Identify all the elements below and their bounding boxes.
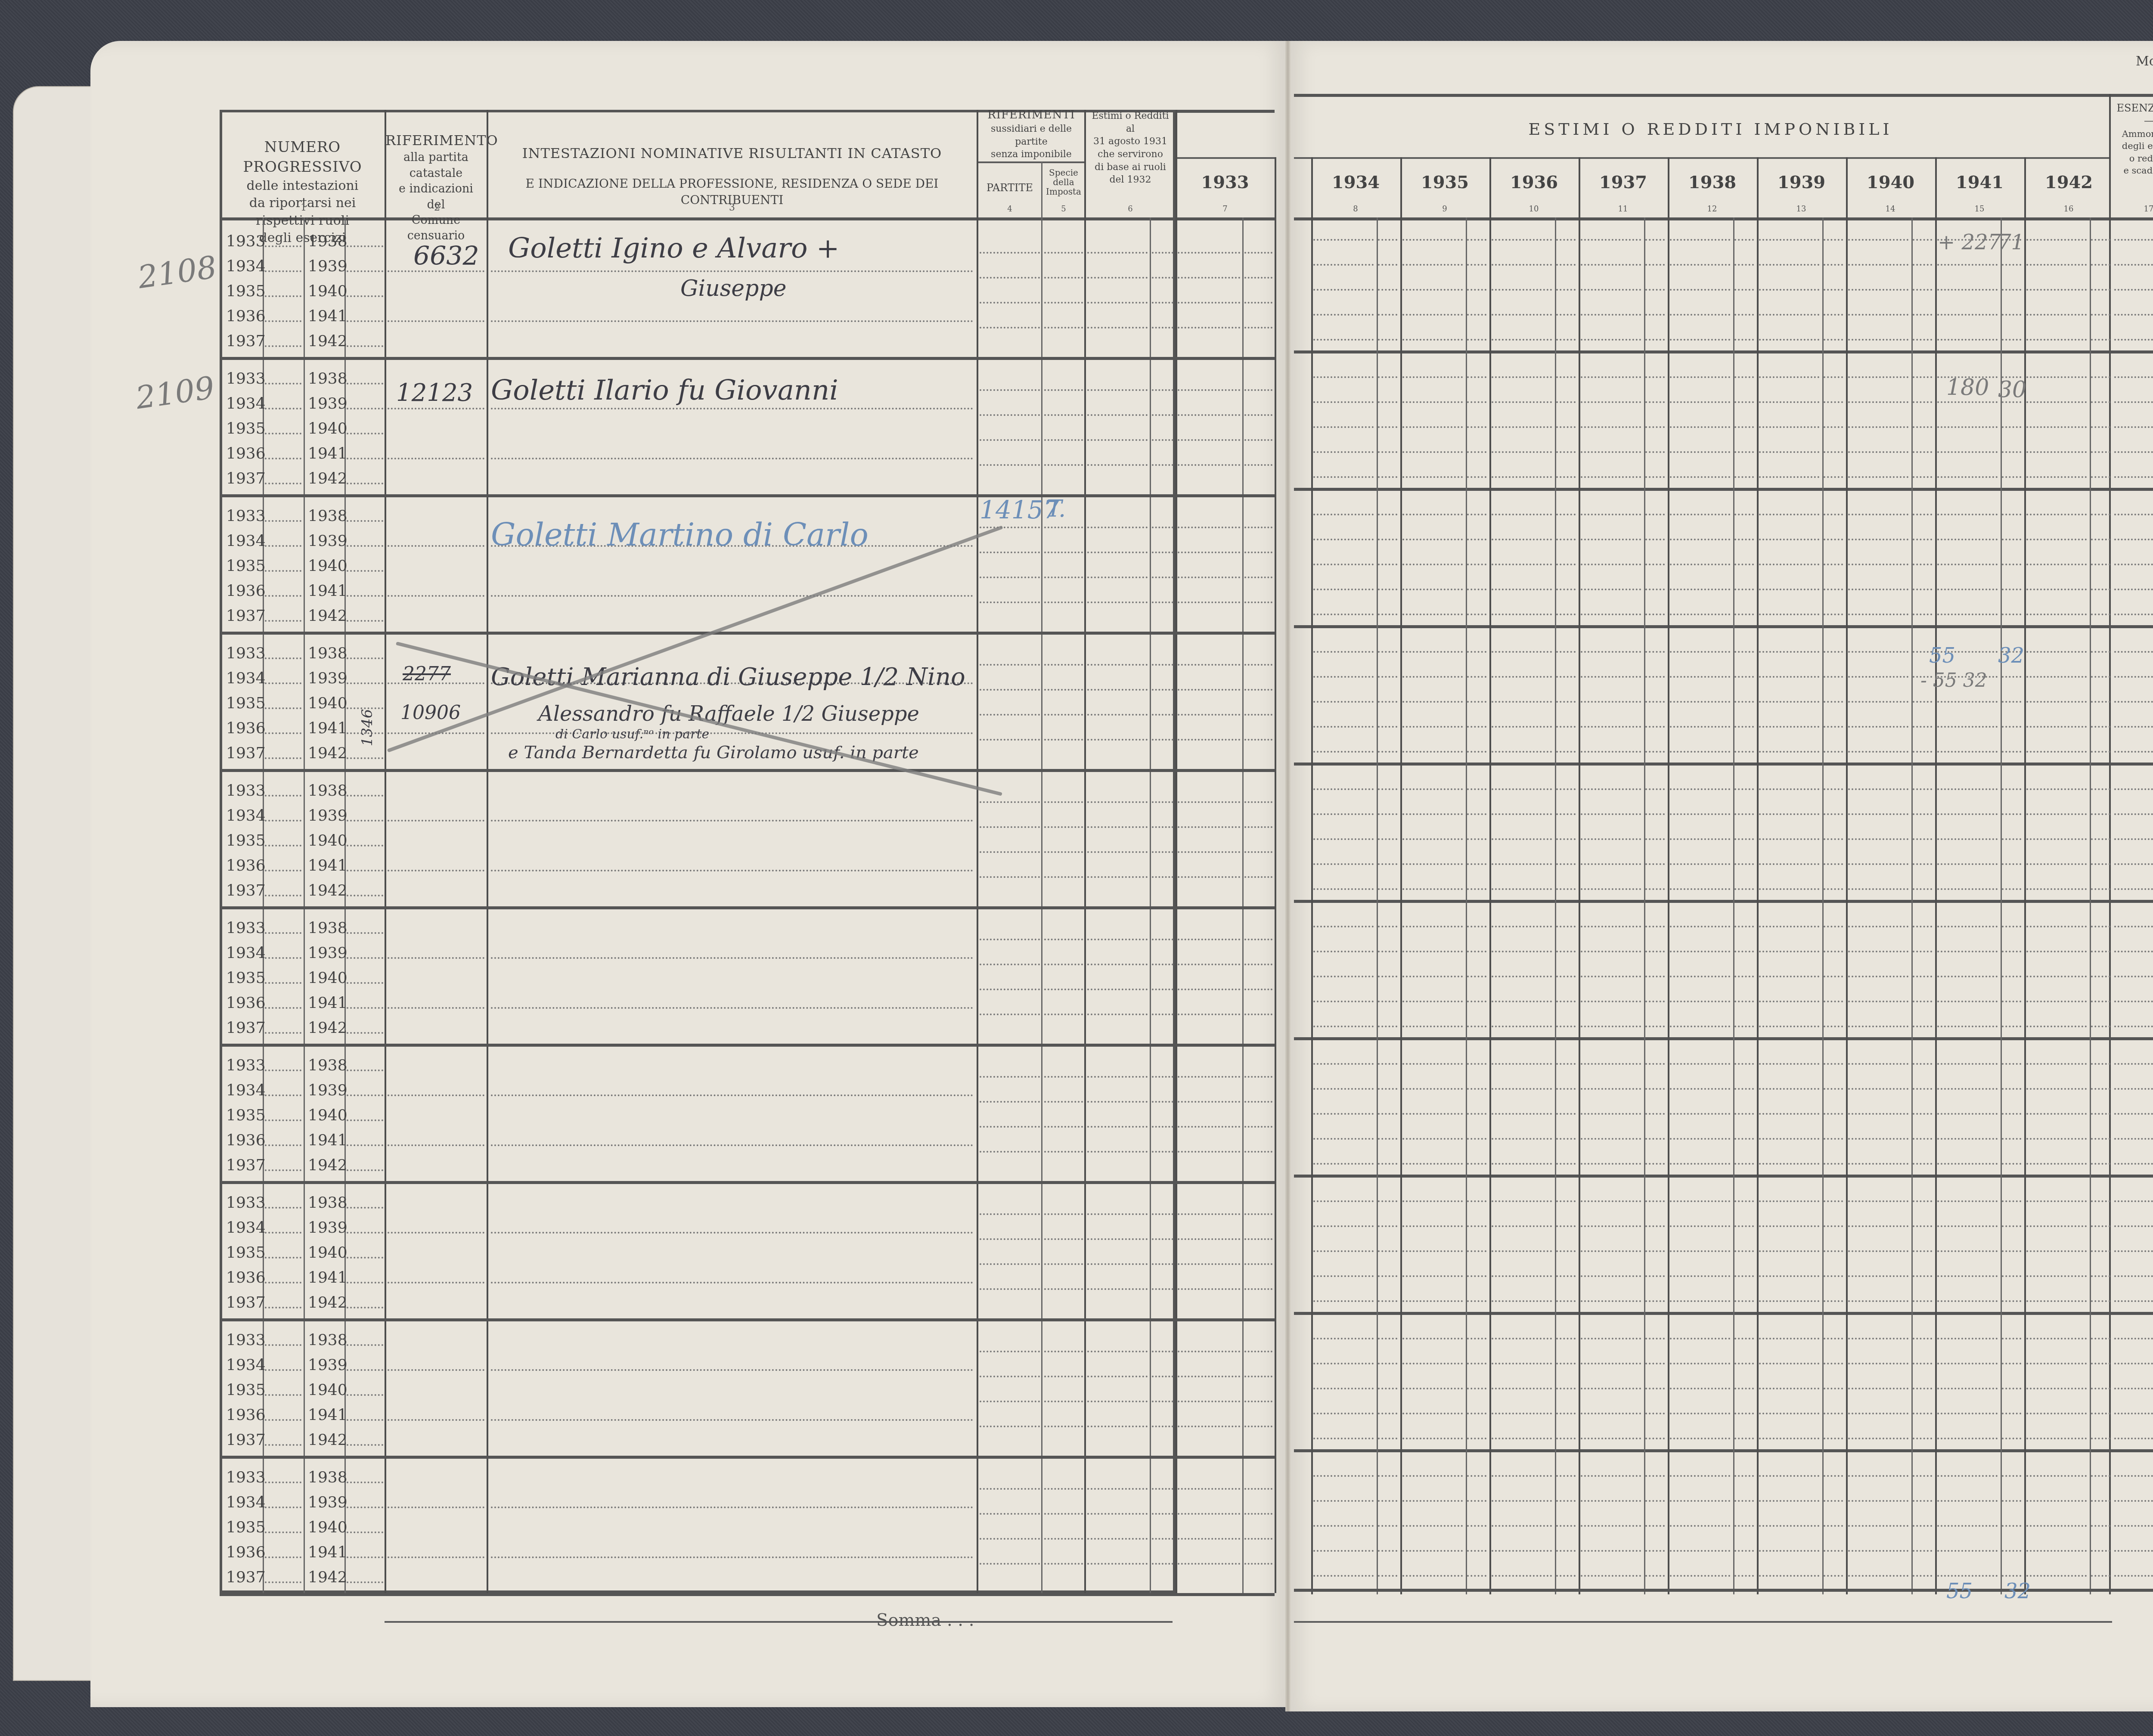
- dotted-leader: [980, 801, 1040, 803]
- partita-number: 10906: [400, 702, 461, 724]
- dotted-leader: [2114, 314, 2153, 316]
- col3-number: 3: [726, 202, 738, 213]
- year-label: 1939: [308, 1219, 347, 1237]
- col-line: [1176, 110, 1177, 1593]
- dotted-leader: [1937, 1500, 1998, 1502]
- dotted-leader: [1913, 1113, 1932, 1115]
- dotted-leader: [1467, 676, 1486, 678]
- dotted-leader: [1848, 951, 1908, 952]
- dotted-leader: [347, 1444, 383, 1446]
- dotted-leader: [1087, 1151, 1148, 1153]
- dotted-leader: [1759, 1063, 1819, 1065]
- year-label: 1936: [226, 857, 266, 874]
- dotted-leader: [980, 1426, 1040, 1427]
- year-label: 1940: [308, 1519, 347, 1536]
- dotted-leader: [388, 1144, 484, 1146]
- dotted-leader: [1556, 339, 1576, 341]
- dotted-leader: [1313, 1475, 1374, 1477]
- dotted-leader: [1313, 951, 1374, 952]
- dotted-leader: [265, 433, 301, 434]
- dotted-leader: [265, 1119, 301, 1121]
- dotted-leader: [1087, 277, 1148, 279]
- dotted-leader: [1824, 1250, 1843, 1252]
- dotted-leader: [2002, 514, 2021, 515]
- dotted-leader: [1467, 951, 1486, 952]
- dotted-leader: [1492, 1113, 1552, 1115]
- year-label: 1935: [226, 1381, 266, 1399]
- dotted-leader: [2114, 514, 2153, 515]
- year-label: 1938: [308, 645, 347, 662]
- dotted-leader: [1734, 1475, 1754, 1477]
- dotted-leader: [1645, 376, 1665, 378]
- dotted-leader: [1244, 1076, 1272, 1078]
- dotted-leader: [1670, 1088, 1730, 1090]
- dotted-leader: [2091, 1088, 2110, 1090]
- dotted-leader: [2091, 476, 2110, 478]
- dotted-leader: [1670, 376, 1730, 378]
- dotted-leader: [1313, 1300, 1374, 1302]
- dotted-leader: [1734, 339, 1754, 341]
- dotted-leader: [1824, 1500, 1843, 1502]
- dotted-leader: [1402, 451, 1463, 453]
- dotted-leader: [980, 1563, 1040, 1565]
- dotted-leader: [1937, 1413, 1998, 1414]
- dotted-leader: [1848, 651, 1908, 653]
- dotted-leader: [2002, 1088, 2021, 1090]
- dotted-leader: [980, 714, 1040, 716]
- dotted-leader: [491, 595, 973, 597]
- dotted-leader: [1670, 1413, 1730, 1414]
- dotted-leader: [1937, 1163, 1998, 1165]
- dotted-leader: [1913, 1363, 1932, 1364]
- year-label: 1935: [226, 694, 266, 712]
- dotted-leader: [1492, 751, 1552, 753]
- dotted-leader: [347, 757, 383, 759]
- dotted-leader: [347, 1531, 383, 1533]
- dotted-leader: [1824, 651, 1843, 653]
- year-label: 1941: [308, 445, 347, 462]
- dotted-leader: [1734, 614, 1754, 615]
- dotted-leader: [1913, 314, 1932, 316]
- dotted-leader: [1759, 888, 1819, 890]
- dotted-leader: [2026, 701, 2087, 703]
- somma-rule: [385, 1621, 1173, 1623]
- dotted-leader: [347, 682, 383, 684]
- dotted-leader: [347, 295, 383, 297]
- dotted-leader: [1734, 1438, 1754, 1439]
- dotted-leader: [1556, 1163, 1576, 1165]
- dotted-leader: [1152, 714, 1173, 716]
- year-label: 1939: [308, 944, 347, 962]
- dotted-leader: [2026, 726, 2087, 728]
- dotted-leader: [2114, 476, 2153, 478]
- dotted-leader: [1087, 1288, 1148, 1290]
- dotted-leader: [1178, 964, 1240, 965]
- dotted-leader: [2026, 1525, 2087, 1527]
- dotted-leader: [1645, 926, 1665, 927]
- year-label: 1935: [226, 420, 266, 437]
- dotted-leader: [2091, 376, 2110, 378]
- dotted-leader: [1152, 1563, 1173, 1565]
- dotted-leader: [1313, 701, 1374, 703]
- taxpayer-name-cont: Alessandro fu Raffaele 1/2 Giuseppe: [538, 702, 919, 726]
- dotted-leader: [1178, 989, 1240, 990]
- dotted-leader: [265, 1094, 301, 1096]
- year-label: 1938: [308, 370, 347, 387]
- dotted-leader: [1467, 976, 1486, 977]
- dotted-leader: [1467, 651, 1486, 653]
- dotted-leader: [1913, 1138, 1932, 1140]
- dotted-leader: [265, 520, 301, 522]
- dotted-leader: [1492, 1525, 1552, 1527]
- dotted-leader: [1087, 1513, 1148, 1515]
- dotted-leader: [2091, 451, 2110, 453]
- dotted-leader: [388, 1094, 484, 1096]
- dotted-leader: [1734, 1338, 1754, 1339]
- dotted-leader: [1848, 1001, 1908, 1002]
- dotted-leader: [1313, 539, 1374, 540]
- dotted-leader: [1759, 1163, 1819, 1165]
- dotted-leader: [2002, 451, 2021, 453]
- year-label: 1933: [226, 507, 266, 525]
- dotted-leader: [1178, 1376, 1240, 1377]
- dotted-leader: [1670, 863, 1730, 865]
- dotted-leader: [1313, 614, 1374, 615]
- estimi-group-header: ESTIMI O REDDITI IMPONIBILI: [1311, 118, 2110, 140]
- dotted-leader: [1848, 1413, 1908, 1414]
- dotted-leader: [1378, 264, 1397, 266]
- dotted-leader: [2091, 863, 2110, 865]
- dotted-leader: [1402, 888, 1463, 890]
- dotted-leader: [1848, 1113, 1908, 1115]
- dotted-leader: [2026, 1500, 2087, 1502]
- dotted-leader: [1178, 439, 1240, 441]
- dotted-leader: [2026, 863, 2087, 865]
- dotted-leader: [1645, 614, 1665, 615]
- dotted-leader: [1378, 539, 1397, 540]
- dotted-leader: [1244, 1513, 1272, 1515]
- col-line: [977, 110, 978, 1593]
- dotted-leader: [1913, 376, 1932, 378]
- dotted-leader: [1313, 1550, 1374, 1552]
- dotted-leader: [2026, 239, 2087, 241]
- dotted-leader: [1313, 1438, 1374, 1439]
- dotted-leader: [1645, 863, 1665, 865]
- col-line: [304, 217, 305, 1593]
- dotted-leader: [1044, 277, 1083, 279]
- dotted-leader: [1313, 239, 1374, 241]
- dotted-leader: [1402, 1300, 1463, 1302]
- year-label: 1942: [308, 882, 347, 899]
- dotted-leader: [1824, 1300, 1843, 1302]
- dotted-leader: [1734, 888, 1754, 890]
- dotted-leader: [388, 1419, 484, 1421]
- dotted-leader: [2091, 1026, 2110, 1027]
- dotted-leader: [1378, 1413, 1397, 1414]
- dotted-leader: [1044, 464, 1083, 466]
- dotted-leader: [1848, 676, 1908, 678]
- col-line: [1041, 161, 1042, 1593]
- dotted-leader: [1556, 813, 1576, 815]
- dotted-leader: [980, 414, 1040, 416]
- dotted-leader: [1848, 564, 1908, 565]
- dotted-leader: [1087, 1076, 1148, 1078]
- dotted-leader: [1467, 863, 1486, 865]
- dotted-leader: [1645, 838, 1665, 840]
- dotted-leader: [1087, 851, 1148, 853]
- dotted-leader: [1044, 826, 1083, 828]
- dotted-leader: [1492, 726, 1552, 728]
- year-label: 1933: [226, 1057, 266, 1074]
- taxpayer-name: Goletti Ilario fu Giovanni: [491, 375, 838, 406]
- dotted-leader: [1378, 239, 1397, 241]
- dotted-leader: [1645, 1088, 1665, 1090]
- dotted-leader: [1670, 1250, 1730, 1252]
- dotted-leader: [1734, 1413, 1754, 1414]
- dotted-leader: [1378, 514, 1397, 515]
- dotted-leader: [2091, 676, 2110, 678]
- dotted-leader: [1152, 1488, 1173, 1490]
- year-col-number: 14: [1884, 205, 1897, 214]
- dotted-leader: [1734, 376, 1754, 378]
- dotted-leader: [1913, 813, 1932, 815]
- dotted-leader: [1152, 414, 1173, 416]
- dotted-leader: [1492, 1550, 1552, 1552]
- dotted-leader: [1313, 1575, 1374, 1577]
- dotted-leader: [2114, 1363, 2153, 1364]
- year-label: 1937: [226, 1569, 266, 1586]
- dotted-leader: [347, 1007, 383, 1009]
- dotted-leader: [1178, 302, 1240, 304]
- dotted-leader: [1378, 813, 1397, 815]
- dotted-leader: [1402, 1001, 1463, 1002]
- dotted-leader: [1759, 426, 1819, 428]
- dotted-leader: [1492, 539, 1552, 540]
- dotted-leader: [1178, 1426, 1240, 1427]
- dotted-leader: [1759, 401, 1819, 403]
- dotted-leader: [1044, 801, 1083, 803]
- dotted-leader: [1178, 414, 1240, 416]
- year-label: 1939: [308, 1082, 347, 1099]
- year-label: 1937: [226, 744, 266, 762]
- row-block-separator: [220, 906, 1275, 909]
- dotted-leader: [2026, 589, 2087, 590]
- dotted-leader: [2091, 751, 2110, 753]
- dotted-leader: [1044, 439, 1083, 441]
- dotted-leader: [1378, 976, 1397, 977]
- dotted-leader: [980, 1101, 1040, 1103]
- dotted-leader: [1645, 564, 1665, 565]
- dotted-leader: [1152, 739, 1173, 741]
- dotted-leader: [1178, 1538, 1240, 1540]
- dotted-leader: [2026, 926, 2087, 927]
- dotted-leader: [1556, 788, 1576, 790]
- dotted-leader: [1670, 564, 1730, 565]
- col7-number: 7: [1219, 205, 1232, 214]
- row-block-separator: [220, 357, 1275, 360]
- col-line: [2109, 94, 2111, 1594]
- dotted-leader: [1937, 289, 1998, 291]
- dotted-leader: [1492, 1363, 1552, 1364]
- dotted-leader: [2114, 1475, 2153, 1477]
- dotted-leader: [1402, 564, 1463, 565]
- year-label: 1933: [226, 1469, 266, 1486]
- dotted-leader: [1402, 1026, 1463, 1027]
- col-line: [1555, 217, 1556, 1594]
- dotted-leader: [1378, 376, 1397, 378]
- dotted-leader: [1645, 239, 1665, 241]
- dotted-leader: [2114, 976, 2153, 977]
- dotted-leader: [2002, 838, 2021, 840]
- dotted-leader: [1848, 614, 1908, 615]
- dotted-leader: [1492, 976, 1552, 977]
- year-label: 1941: [308, 582, 347, 600]
- dotted-leader: [2114, 426, 2153, 428]
- dotted-leader: [1378, 1500, 1397, 1502]
- year-label: 1941: [308, 719, 347, 737]
- dotted-leader: [1152, 327, 1173, 329]
- dotted-leader: [1378, 676, 1397, 678]
- dotted-leader: [1581, 264, 1641, 266]
- dotted-leader: [1492, 564, 1552, 565]
- dotted-leader: [1581, 239, 1641, 241]
- dotted-leader: [2091, 339, 2110, 341]
- dotted-leader: [1152, 577, 1173, 578]
- dotted-leader: [1581, 1363, 1641, 1364]
- dotted-leader: [1492, 339, 1552, 341]
- dotted-leader: [1824, 264, 1843, 266]
- dotted-leader: [1152, 464, 1173, 466]
- dotted-leader: [1556, 264, 1576, 266]
- dotted-leader: [1824, 426, 1843, 428]
- dotted-leader: [2114, 1250, 2153, 1252]
- dotted-leader: [1824, 676, 1843, 678]
- year-label: 1942: [308, 1019, 347, 1037]
- dotted-leader: [2002, 888, 2021, 890]
- year-label: 1938: [308, 919, 347, 937]
- dotted-leader: [2026, 676, 2087, 678]
- dotted-leader: [2002, 926, 2021, 927]
- dotted-leader: [1492, 838, 1552, 840]
- dotted-leader: [1645, 1338, 1665, 1339]
- dotted-leader: [2091, 1388, 2110, 1389]
- dotted-leader: [1467, 1200, 1486, 1202]
- dotted-leader: [2091, 401, 2110, 403]
- dotted-leader: [1913, 239, 1932, 241]
- dotted-leader: [1824, 788, 1843, 790]
- dotted-leader: [2114, 888, 2153, 890]
- dotted-leader: [1645, 1001, 1665, 1002]
- year-label: 1933: [226, 1194, 266, 1212]
- dotted-leader: [1244, 1538, 1272, 1540]
- dotted-leader: [1848, 1388, 1908, 1389]
- dotted-leader: [1556, 314, 1576, 316]
- dotted-leader: [1937, 264, 1998, 266]
- dotted-leader: [1734, 289, 1754, 291]
- dotted-leader: [1087, 714, 1148, 716]
- col7-year-header: 1933: [1176, 172, 1275, 192]
- dotted-leader: [1759, 539, 1819, 540]
- dotted-leader: [347, 383, 383, 384]
- dotted-leader: [1759, 1200, 1819, 1202]
- dotted-leader: [1467, 726, 1486, 728]
- dotted-leader: [1152, 1401, 1173, 1402]
- year-label: 1940: [308, 969, 347, 987]
- dotted-leader: [1556, 926, 1576, 927]
- dotted-leader: [347, 1507, 383, 1508]
- dotted-leader: [1581, 1113, 1641, 1115]
- dotted-leader: [1556, 1550, 1576, 1552]
- year-label: 1940: [308, 1244, 347, 1262]
- year-label: 1935: [226, 969, 266, 987]
- dotted-leader: [1492, 788, 1552, 790]
- dotted-leader: [1848, 1338, 1908, 1339]
- year-label: 1938: [308, 1469, 347, 1486]
- dotted-leader: [2026, 289, 2087, 291]
- dotted-leader: [1670, 314, 1730, 316]
- dotted-leader: [1044, 664, 1083, 666]
- dotted-leader: [1402, 1225, 1463, 1227]
- dotted-leader: [1913, 1250, 1932, 1252]
- dotted-leader: [1581, 564, 1641, 565]
- dotted-leader: [1402, 289, 1463, 291]
- esenzioni-header: ESENZIONI — Ammontare degli estimi o red…: [2110, 101, 2153, 177]
- dotted-leader: [1152, 1263, 1173, 1265]
- dotted-leader: [1152, 1151, 1173, 1153]
- dotted-leader: [1467, 1088, 1486, 1090]
- dotted-leader: [1670, 1275, 1730, 1277]
- dotted-leader: [1244, 1101, 1272, 1103]
- dotted-leader: [1467, 476, 1486, 478]
- dotted-leader: [2091, 314, 2110, 316]
- dotted-leader: [1734, 838, 1754, 840]
- dotted-leader: [1244, 1263, 1272, 1265]
- dotted-leader: [265, 1531, 301, 1533]
- dotted-leader: [2114, 1500, 2153, 1502]
- dotted-leader: [2026, 426, 2087, 428]
- dotted-leader: [1378, 1475, 1397, 1477]
- dotted-leader: [1087, 327, 1148, 329]
- dotted-leader: [1313, 289, 1374, 291]
- dotted-leader: [1734, 1113, 1754, 1115]
- dotted-leader: [980, 964, 1040, 965]
- dotted-leader: [265, 270, 301, 272]
- dotted-leader: [1581, 476, 1641, 478]
- dotted-leader: [1581, 1525, 1641, 1527]
- dotted-leader: [1556, 863, 1576, 865]
- dotted-leader: [1556, 1063, 1576, 1065]
- dotted-leader: [1734, 1300, 1754, 1302]
- dotted-leader: [1244, 527, 1272, 528]
- dotted-leader: [1378, 726, 1397, 728]
- dotted-leader: [1581, 1225, 1641, 1227]
- dotted-leader: [2091, 426, 2110, 428]
- dotted-leader: [1759, 926, 1819, 927]
- dotted-leader: [2114, 1200, 2153, 1202]
- dotted-leader: [2026, 339, 2087, 341]
- dotted-leader: [1556, 1225, 1576, 1227]
- dotted-leader: [1402, 676, 1463, 678]
- dotted-leader: [1848, 863, 1908, 865]
- dotted-leader: [1824, 339, 1843, 341]
- dotted-leader: [1044, 1101, 1083, 1103]
- col-line: [1377, 217, 1378, 1594]
- dotted-leader: [1178, 689, 1240, 691]
- dotted-leader: [2026, 376, 2087, 378]
- dotted-leader: [1645, 651, 1665, 653]
- dotted-leader: [1492, 476, 1552, 478]
- dotted-leader: [265, 707, 301, 709]
